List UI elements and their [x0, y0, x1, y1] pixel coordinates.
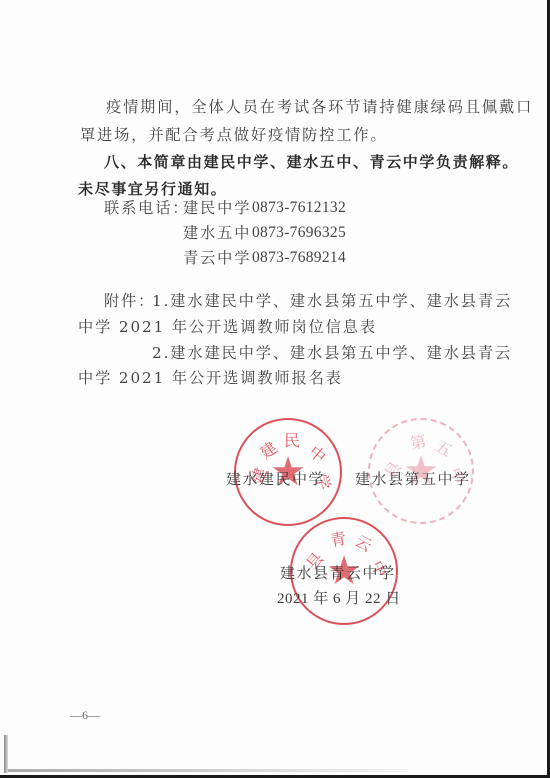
attachment-1-line1: 1.建水建民中学、建水县第五中学、建水县青云 — [152, 291, 512, 311]
scan-shadow — [4, 735, 8, 773]
signature-school-1: 建水建民中学 — [226, 468, 325, 489]
stamp-char: 第 — [408, 429, 428, 454]
contact-school-3: 青云中学 — [183, 248, 251, 268]
stamp-char: 中 — [304, 440, 331, 468]
item8-paragraph-line2: 未尽事宜另行通知。 — [78, 179, 227, 199]
epidemic-paragraph-line2: 罩进场，并配合考点做好疫情防控工作。 — [80, 125, 388, 145]
contact-phone-3: 0873-7689214 — [252, 248, 346, 268]
contact-label: 联系电话： — [104, 198, 189, 218]
contact-phone-1: 0873-7612132 — [252, 198, 346, 218]
contact-school-2: 建水五中 — [183, 223, 251, 243]
scan-shadow — [8, 769, 408, 772]
contact-school-1: 建民中学 — [183, 198, 251, 218]
attachment-2-line1: 2.建水建民中学、建水县第五中学、建水县青云 — [152, 343, 512, 363]
page-number: —6— — [70, 708, 100, 723]
signature-date: 2021 年 6 月 22 日 — [277, 587, 401, 608]
attachments-label: 附件： — [104, 291, 155, 311]
contact-phone-2: 0873-7696325 — [252, 223, 346, 243]
attachment-1-line2: 中学 2021 年公开选调教师岗位信息表 — [78, 317, 377, 337]
attachment-2-line2: 中学 2021 年公开选调教师报名表 — [78, 368, 343, 388]
epidemic-paragraph-line1: 疫情期间，全体人员在考试各环节请持健康绿码且佩戴口 — [106, 97, 533, 117]
stamp-char: 青 — [328, 526, 348, 551]
stamp-char: 民 — [284, 428, 300, 451]
item8-paragraph-line1: 八、本简章由建民中学、建水五中、青云中学负责解释。 — [104, 152, 519, 172]
signature-school-3: 建水县青云中学 — [280, 562, 396, 583]
signature-school-2: 建水县第五中学 — [355, 468, 471, 489]
